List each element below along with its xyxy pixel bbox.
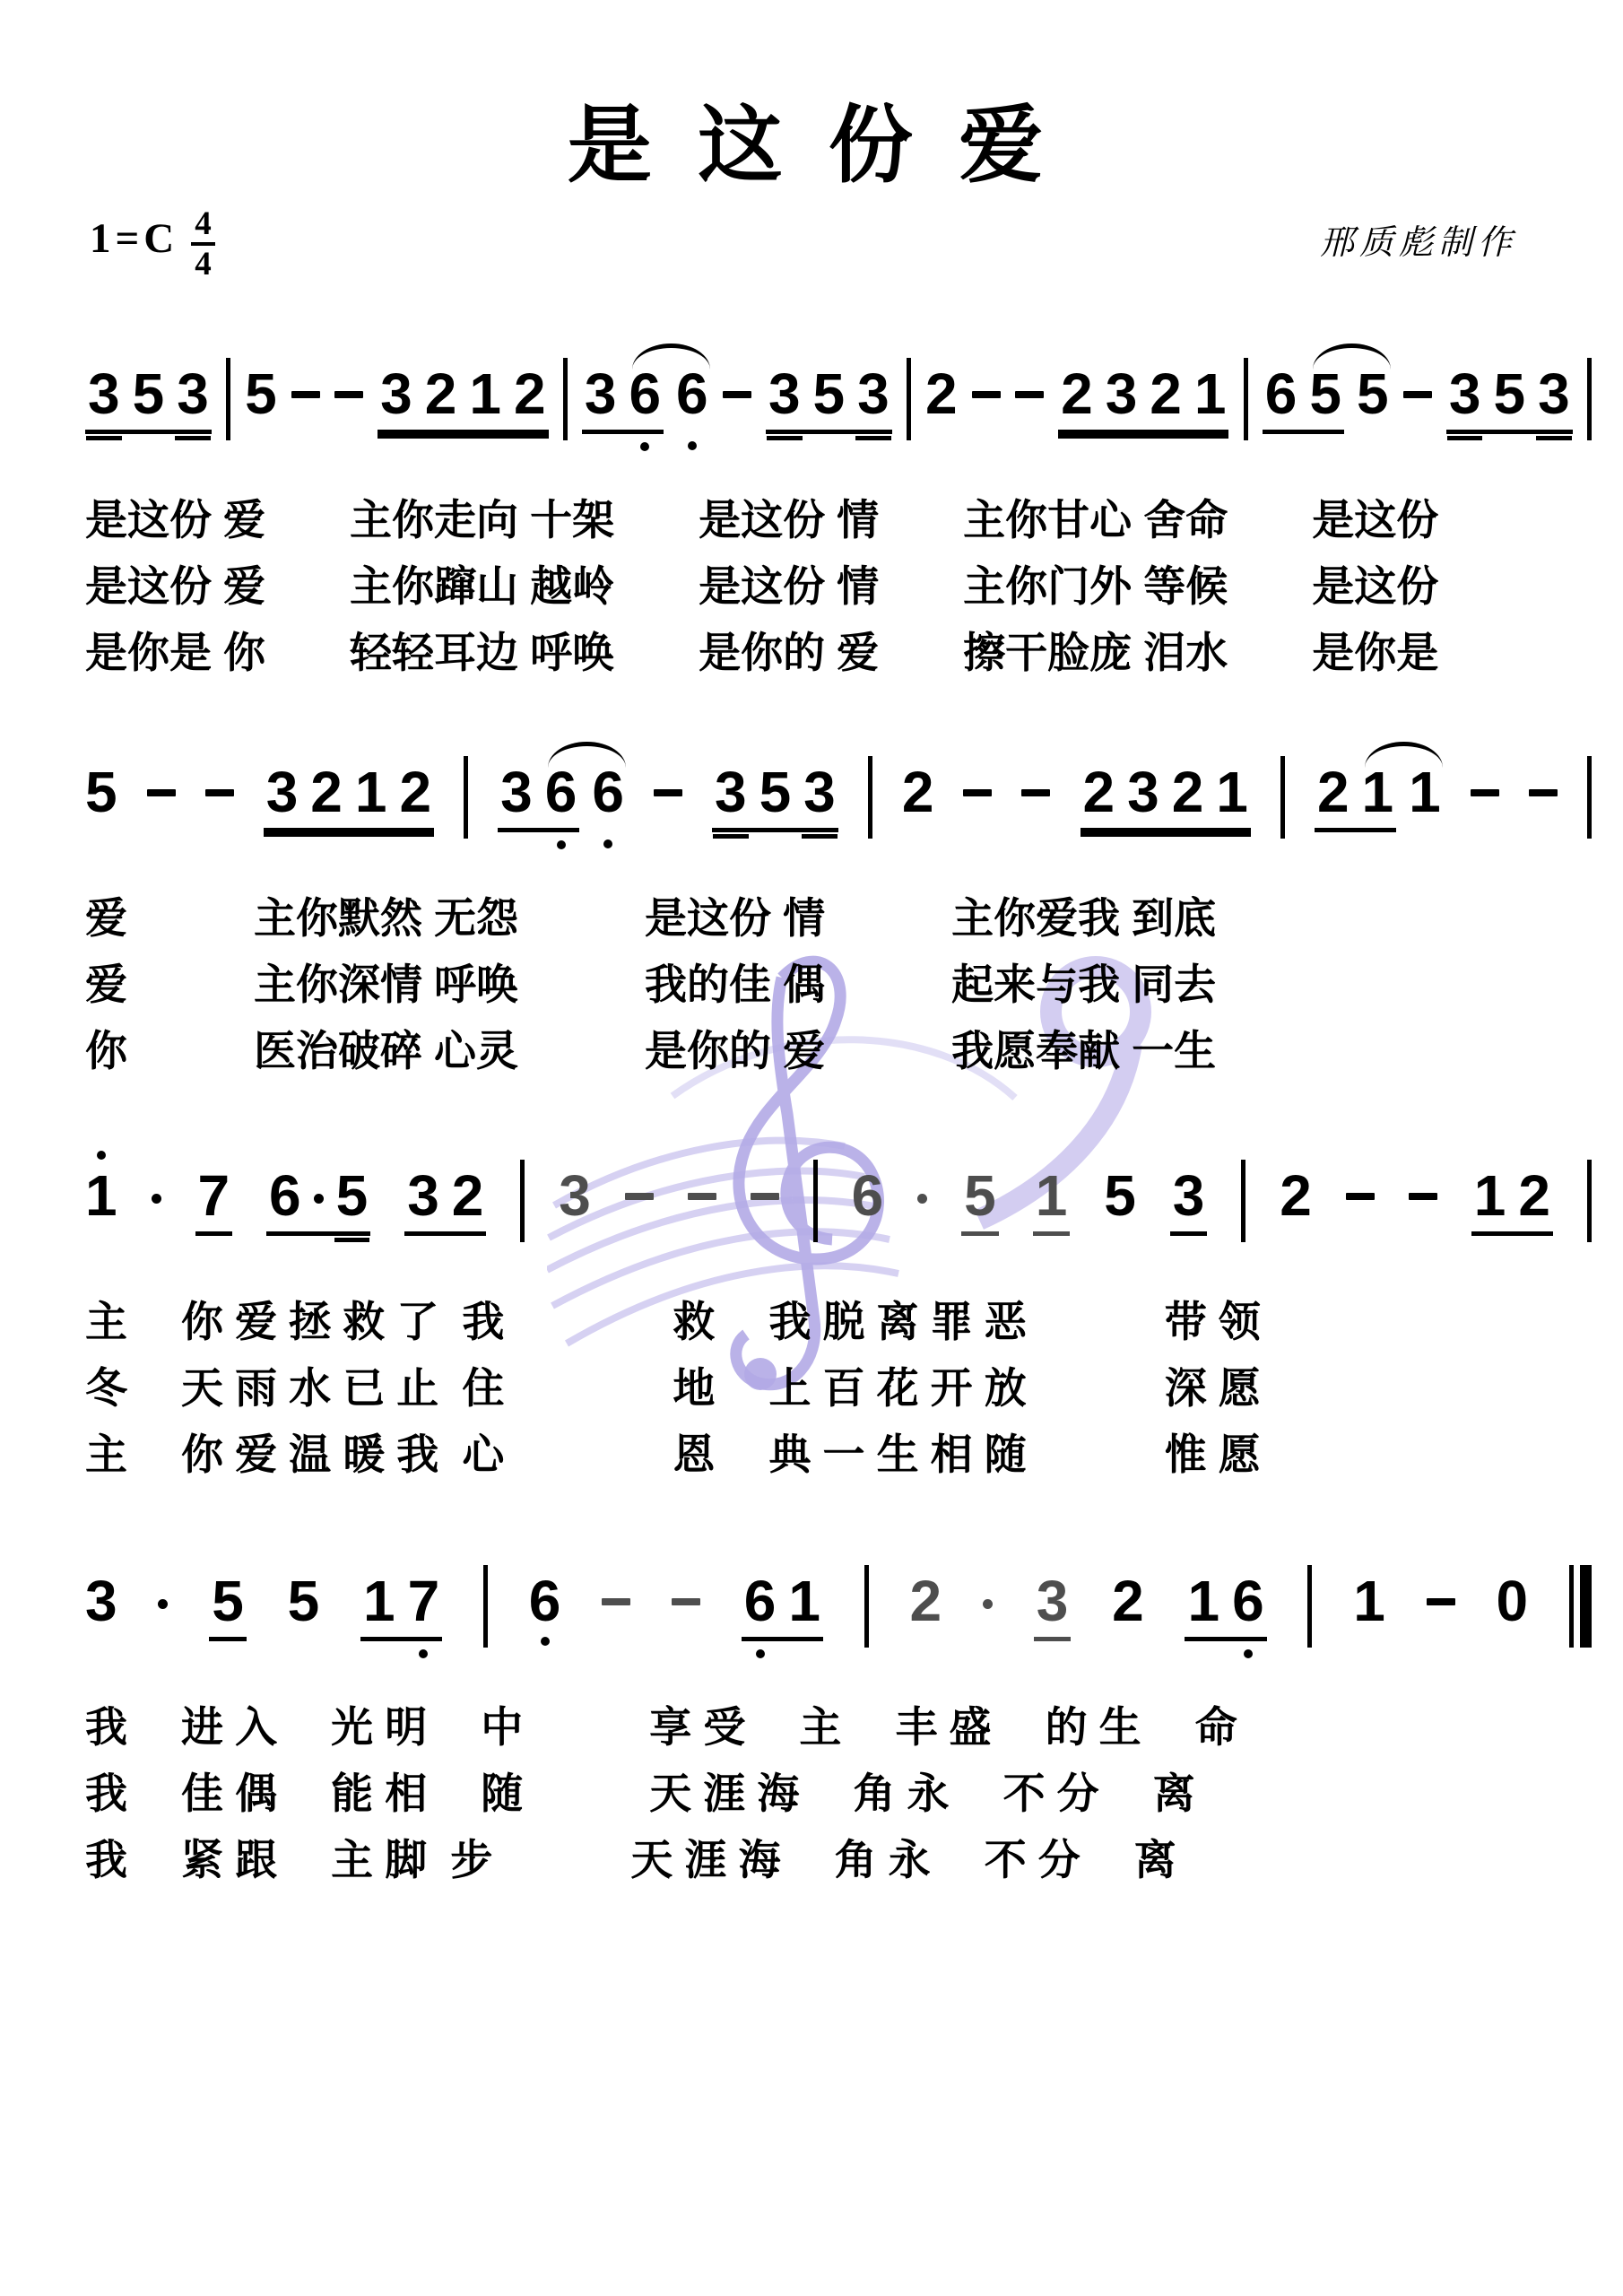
dot xyxy=(152,1194,161,1204)
note: 2 xyxy=(1280,1167,1312,1224)
beam-group: 5 xyxy=(209,1572,247,1641)
beam-group: 65 xyxy=(266,1167,370,1236)
note: 6 xyxy=(629,365,661,422)
barline xyxy=(464,756,468,839)
beam-group: 353 xyxy=(712,763,838,832)
beam-group: 5 xyxy=(961,1167,999,1236)
note: 2 xyxy=(514,365,546,422)
beam-group: 61 xyxy=(742,1572,823,1641)
note: 2 xyxy=(910,1572,942,1630)
music-line-4: 355176612321610 xyxy=(85,1545,1592,1671)
dash xyxy=(1015,391,1044,398)
octave-dot-low xyxy=(541,1637,550,1646)
dash xyxy=(602,1598,630,1605)
note: 3 xyxy=(1538,365,1570,422)
note: 3 xyxy=(1106,365,1138,422)
note: 0 xyxy=(1496,1572,1528,1630)
beam-group: 3 xyxy=(1034,1572,1072,1641)
dash xyxy=(1409,1193,1437,1200)
note: 5 xyxy=(759,763,792,821)
music-line-1: 3535321236635322321655353 xyxy=(85,338,1592,464)
dash xyxy=(751,1193,779,1200)
beam-segment xyxy=(802,834,838,839)
beam-group: 3 xyxy=(1170,1167,1208,1236)
octave-dot-low xyxy=(557,840,566,849)
note: 6 xyxy=(852,1167,884,1224)
note: 6 xyxy=(676,365,708,434)
credit: 邢质彪制作 xyxy=(1320,214,1517,264)
beam-segment xyxy=(713,834,749,839)
beam-group: 2321 xyxy=(1081,763,1251,832)
octave-dot-low xyxy=(688,441,697,450)
note: 1 xyxy=(85,1167,117,1224)
note: 3 xyxy=(1449,365,1481,422)
dot xyxy=(314,1194,324,1204)
beam-segment xyxy=(1447,436,1483,440)
barline xyxy=(813,1160,818,1242)
tie-arc xyxy=(1365,742,1442,768)
beam-segment xyxy=(767,436,803,440)
note: 3 xyxy=(768,365,801,422)
note: 2 xyxy=(1317,763,1350,821)
dash xyxy=(1471,789,1499,796)
beam-segment xyxy=(855,436,891,440)
note: 3 xyxy=(1127,763,1159,821)
tie-arc xyxy=(1313,344,1390,370)
note: 7 xyxy=(198,1167,230,1224)
barline xyxy=(907,358,911,440)
note: 3 xyxy=(407,1167,439,1224)
lyrics-row: 主 你 爱 温 暖 我 心 恩 典 一 生 相 随 惟 愿 xyxy=(85,1422,1623,1488)
lyrics-row: 爱 主你深情 呼唤 我的佳 偶 起来与我 同去 xyxy=(85,952,1623,1018)
note: 5 xyxy=(85,763,117,821)
beam-group: 36 xyxy=(498,763,579,832)
barline xyxy=(1241,1160,1245,1242)
key-signature: 1=C xyxy=(90,215,178,262)
dash xyxy=(972,391,1001,398)
dash xyxy=(291,391,320,398)
barline xyxy=(1280,756,1285,839)
octave-dot-low xyxy=(640,442,649,451)
sheet-page: 是 这 份 爱 1=C44 邢质彪制作 35353212366353223216… xyxy=(0,77,1623,1893)
barline xyxy=(868,756,872,839)
note: 5 xyxy=(1309,365,1341,422)
note: 5 xyxy=(212,1572,244,1630)
note: 2 xyxy=(902,763,934,821)
note: 1 xyxy=(1409,763,1441,832)
time-signature-denominator: 4 xyxy=(195,246,212,281)
octave-dot-low xyxy=(603,839,612,848)
beam-segment xyxy=(1536,436,1572,440)
beam-group: 2321 xyxy=(1058,365,1228,434)
note: 6 xyxy=(269,1167,301,1224)
octave-dot-low xyxy=(419,1649,428,1658)
dot xyxy=(917,1194,927,1204)
beam-group: 353 xyxy=(85,365,212,434)
note: 2 xyxy=(425,365,457,422)
lyrics-row: 爱 主你默然 无怨 是这份 情 主你爱我 到底 xyxy=(85,885,1623,952)
note: 3 xyxy=(585,365,617,422)
note: 2 xyxy=(1083,763,1115,821)
dash xyxy=(654,789,682,796)
octave-dot-low xyxy=(1244,1649,1253,1658)
note: 1 xyxy=(355,763,387,821)
final-barline xyxy=(1569,1565,1592,1648)
note: 3 xyxy=(559,1167,591,1224)
note: 5 xyxy=(1104,1167,1136,1224)
lyrics-row: 我 佳 偶 能 相 随 天 涯 海 角 永 不 分 离 xyxy=(85,1761,1623,1827)
lyrics-row: 我 紧 跟 主 脚 步 天 涯 海 角 永 不 分 离 xyxy=(85,1827,1623,1893)
beam-group: 21 xyxy=(1315,763,1396,832)
barline xyxy=(483,1565,488,1648)
barline xyxy=(520,1160,525,1242)
note: 1 xyxy=(1362,763,1394,821)
dash xyxy=(1403,391,1432,398)
octave-dot-low xyxy=(756,1649,765,1658)
dash xyxy=(688,1193,716,1200)
note: 3 xyxy=(380,365,412,422)
beam-segment xyxy=(175,436,211,440)
beam-group: 17 xyxy=(360,1572,442,1641)
note: 5 xyxy=(245,365,277,422)
note: 3 xyxy=(1037,1572,1069,1630)
note: 1 xyxy=(1194,365,1227,422)
dash xyxy=(205,789,234,796)
note: 6 xyxy=(545,763,577,821)
lyrics-block-1: 是这份 爱 主你走向 十架 是这份 情 主你甘心 舍命 是这份是这份 爱 主你蹿… xyxy=(85,487,1623,686)
lyrics-block-2: 爱 主你默然 无怨 是这份 情 主你爱我 到底爱 主你深情 呼唤 我的佳 偶 起… xyxy=(85,885,1623,1084)
lyrics-block-3: 主 你 爱 拯 救 了 我 救 我 脱 离 罪 恶 带 领冬 天 雨 水 已 止… xyxy=(85,1289,1623,1488)
lyrics-row: 是你是 你 轻轻耳边 呼唤 是你的 爱 擦干脸庞 泪水 是你是 xyxy=(85,620,1623,686)
beam-group: 353 xyxy=(1446,365,1573,434)
note: 7 xyxy=(408,1572,440,1630)
note: 3 xyxy=(803,763,836,821)
tie-group: 211 xyxy=(1315,763,1441,832)
dash xyxy=(723,391,751,398)
key-row: 1=C44 邢质彪制作 xyxy=(90,207,1623,284)
tie-arc xyxy=(632,344,709,370)
lyrics-row: 我 进 入 光 明 中 享 受 主 丰 盛 的 生 命 xyxy=(85,1694,1623,1761)
note: 2 xyxy=(1172,763,1204,821)
note: 1 xyxy=(788,1572,820,1630)
time-signature-numerator: 4 xyxy=(191,207,215,246)
note: 6 xyxy=(744,1572,777,1630)
dash xyxy=(963,789,992,796)
beam-group: 12 xyxy=(1471,1167,1553,1236)
time-signature: 44 xyxy=(191,207,215,281)
lyrics-row: 是这份 爱 主你走向 十架 是这份 情 主你甘心 舍命 是这份 xyxy=(85,487,1623,553)
note: 5 xyxy=(1493,365,1525,422)
tie-group: 655 xyxy=(1263,365,1389,434)
barline xyxy=(1587,358,1592,440)
note: 2 xyxy=(925,365,958,422)
beam-group: 3212 xyxy=(378,365,548,434)
note: 2 xyxy=(452,1167,484,1224)
barline xyxy=(1244,358,1248,440)
dash xyxy=(1529,789,1558,796)
note: 3 xyxy=(715,763,747,821)
dot xyxy=(983,1599,993,1609)
dash xyxy=(147,789,176,796)
tie-group: 366 xyxy=(582,365,708,434)
note: 5 xyxy=(964,1167,996,1224)
barline xyxy=(563,358,568,440)
beam-group: 65 xyxy=(1263,365,1344,434)
note: 2 xyxy=(1112,1572,1144,1630)
beam-segment xyxy=(334,1238,370,1242)
music-line-3: 176532365153212 xyxy=(85,1140,1592,1265)
lyrics-row: 主 你 爱 拯 救 了 我 救 我 脱 离 罪 恶 带 领 xyxy=(85,1289,1623,1355)
dash xyxy=(672,1598,700,1605)
note: 6 xyxy=(1265,365,1298,422)
note: 1 xyxy=(1187,1572,1219,1630)
beam-group: 32 xyxy=(404,1167,486,1236)
beam-group: 7 xyxy=(195,1167,233,1236)
note: 6 xyxy=(592,763,624,832)
barline xyxy=(1587,1160,1592,1242)
note: 6 xyxy=(1232,1572,1264,1630)
page-title: 是 这 份 爱 xyxy=(0,77,1623,198)
note: 2 xyxy=(1150,365,1182,422)
tie-group: 366 xyxy=(498,763,624,832)
dash xyxy=(1427,1598,1455,1605)
beam-group: 353 xyxy=(766,365,892,434)
beam-group: 1 xyxy=(1033,1167,1071,1236)
note: 3 xyxy=(85,1572,117,1630)
lyrics-row: 你 医治破碎 心灵 是你的 爱 我愿奉献 一生 xyxy=(85,1018,1623,1084)
note: 2 xyxy=(399,763,431,821)
note: 1 xyxy=(1474,1167,1506,1224)
octave-dot-high xyxy=(97,1151,106,1160)
note: 1 xyxy=(1353,1572,1385,1630)
dash xyxy=(625,1193,654,1200)
note: 5 xyxy=(813,365,846,422)
note: 2 xyxy=(1518,1167,1550,1224)
note: 1 xyxy=(469,365,501,422)
beam-group: 16 xyxy=(1185,1572,1266,1641)
dash xyxy=(1346,1193,1375,1200)
note: 1 xyxy=(363,1572,395,1630)
barline xyxy=(226,358,230,440)
beam-group: 36 xyxy=(582,365,664,434)
note: 1 xyxy=(1216,763,1248,821)
note: 2 xyxy=(310,763,343,821)
lyrics-row: 冬 天 雨 水 已 止 住 地 上 百 花 开 放 深 愿 xyxy=(85,1355,1623,1422)
note: 1 xyxy=(1036,1167,1068,1224)
lyrics-block-4: 我 进 入 光 明 中 享 受 主 丰 盛 的 生 命我 佳 偶 能 相 随 天… xyxy=(85,1694,1623,1893)
note: 5 xyxy=(1357,365,1389,434)
note: 3 xyxy=(1173,1167,1205,1224)
beam-group: 3212 xyxy=(264,763,434,832)
beam-segment xyxy=(86,436,122,440)
tie-arc xyxy=(548,742,625,768)
music-line-2: 5321236635322321211 xyxy=(85,736,1592,862)
dot xyxy=(158,1599,168,1609)
barline xyxy=(1587,756,1592,839)
note: 5 xyxy=(133,365,165,422)
note: 5 xyxy=(288,1572,320,1630)
note: 3 xyxy=(88,365,120,422)
note: 3 xyxy=(500,763,533,821)
note: 3 xyxy=(857,365,890,422)
note: 5 xyxy=(336,1167,369,1224)
note: 3 xyxy=(266,763,299,821)
dash xyxy=(1021,789,1050,796)
note: 2 xyxy=(1061,365,1093,422)
barline xyxy=(1307,1565,1312,1648)
note: 3 xyxy=(177,365,209,422)
note: 6 xyxy=(529,1572,561,1630)
dash xyxy=(334,391,363,398)
lyrics-row: 是这份 爱 主你蹿山 越岭 是这份 情 主你门外 等候 是这份 xyxy=(85,553,1623,620)
barline xyxy=(864,1565,869,1648)
